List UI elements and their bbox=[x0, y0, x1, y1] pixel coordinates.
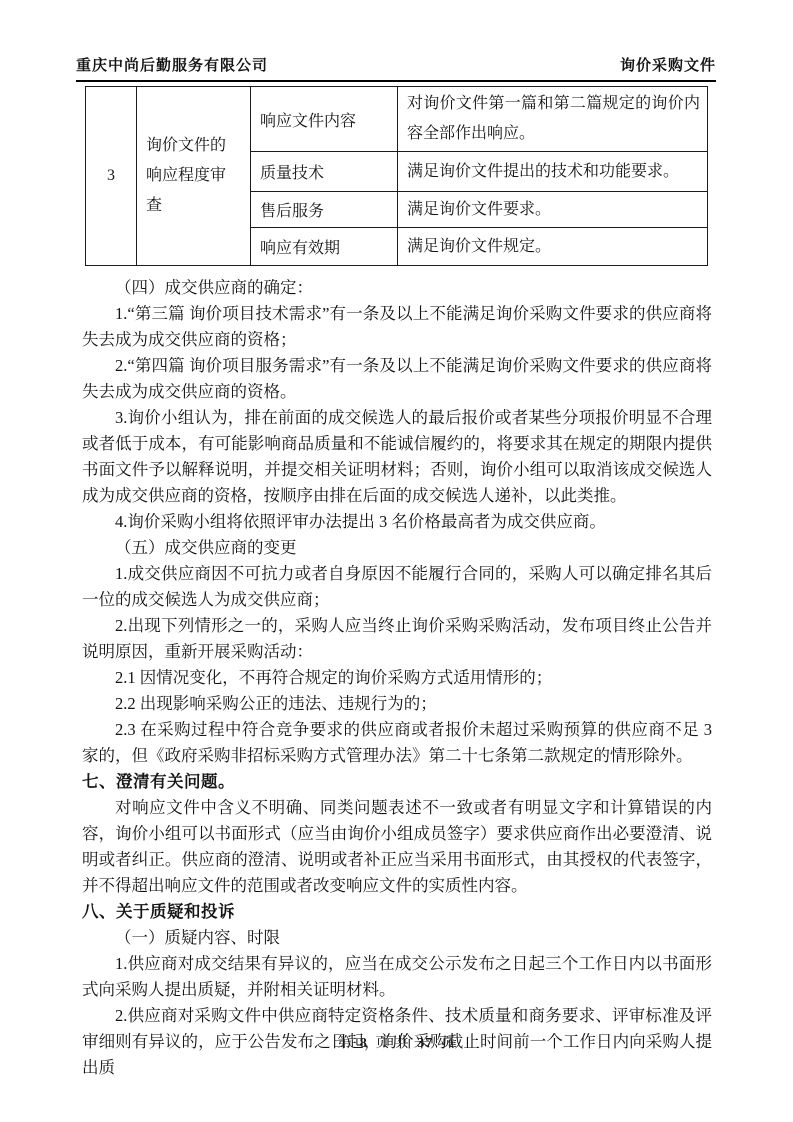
footer-label-suffix: 页 bbox=[441, 1036, 456, 1051]
section-heading-8: 八、关于质疑和投诉 bbox=[82, 899, 712, 925]
table-cell-requirement-1: 对询价文件第一篇和第二篇规定的询价内容全部作出响应。 bbox=[398, 87, 708, 152]
header-company-name: 重庆中尚后勤服务有限公司 bbox=[76, 54, 268, 75]
paragraph-section4-item1: 1.“第三篇 询价项目技术需求”有一条及以上不能满足询价采购文件要求的供应商将失… bbox=[82, 301, 712, 353]
table-cell-requirement-4: 满足询价文件规定。 bbox=[398, 228, 708, 266]
paragraph-section4-item4: 4.询价采购小组将依照评审办法提出 3 名价格最高者为成交供应商。 bbox=[82, 509, 712, 535]
document-body: （四）成交供应商的确定： 1.“第三篇 询价项目技术需求”有一条及以上不能满足询… bbox=[82, 275, 712, 1081]
paragraph-section7-body: 对响应文件中含义不明确、同类问题表述不一致或者有明显文字和计算错误的内容，询价小… bbox=[82, 795, 712, 899]
paragraph-section5-item2-3: 2.3 在采购过程中符合竞争要求的供应商或者报价未超过采购预算的供应商不足 3 … bbox=[82, 717, 712, 769]
paragraph-section4-item3: 3.询价小组认为，排在前面的成交候选人的最后报价或者某些分项报价明显不合理或者低… bbox=[82, 405, 712, 509]
table-cell-review-category: 询价文件的响应程度审查 bbox=[137, 87, 251, 266]
table-cell-item-4: 响应有效期 bbox=[251, 228, 398, 266]
footer-total-pages: 37 bbox=[417, 1036, 433, 1051]
table-cell-requirement-2: 满足询价文件提出的技术和功能要求。 bbox=[398, 152, 708, 192]
section-heading-7: 七、澄清有关问题。 bbox=[82, 769, 712, 795]
paragraph-section5-item1: 1.成交供应商因不可抗力或者自身原因不能履行合同的，采购人可以确定排名其后一位的… bbox=[82, 561, 712, 613]
table-cell-item-1: 响应文件内容 bbox=[251, 87, 398, 152]
page-header: 重庆中尚后勤服务有限公司 询价采购文件 bbox=[76, 54, 716, 82]
footer-page-number: 8 bbox=[360, 1036, 368, 1051]
table-cell-item-3: 售后服务 bbox=[251, 192, 398, 228]
table-cell-requirement-3: 满足询价文件要求。 bbox=[398, 192, 708, 228]
paragraph-section8-item1: 1.供应商对成交结果有异议的，应当在成交公示发布之日起三个工作日内以书面形式向采… bbox=[82, 951, 712, 1003]
table-cell-item-2: 质量技术 bbox=[251, 152, 398, 192]
paragraph-section5-title: （五）成交供应商的变更 bbox=[82, 535, 712, 561]
paragraph-section5-item2-1: 2.1 因情况变化，不再符合规定的询价采购方式适用情形的； bbox=[82, 665, 712, 691]
review-criteria-table: 3 询价文件的响应程度审查 响应文件内容 对询价文件第一篇和第二篇规定的询价内容… bbox=[85, 86, 708, 266]
paragraph-section4-item2: 2.“第四篇 询价项目服务需求”有一条及以上不能满足询价采购文件要求的供应商将失… bbox=[82, 353, 712, 405]
footer-label-prefix: 第 bbox=[337, 1036, 352, 1051]
paragraph-section8-sub1-title: （一）质疑内容、时限 bbox=[82, 925, 712, 951]
header-doc-type: 询价采购文件 bbox=[620, 54, 716, 75]
footer-label-middle: 页 共 bbox=[375, 1036, 410, 1051]
paragraph-section5-item2-2: 2.2 出现影响采购公正的违法、违规行为的； bbox=[82, 691, 712, 717]
document-page: 重庆中尚后勤服务有限公司 询价采购文件 3 询价文件的响应程度审查 响应文件内容… bbox=[0, 0, 793, 1122]
table-cell-seq-number: 3 bbox=[86, 87, 137, 266]
paragraph-section5-item2: 2.出现下列情形之一的，采购人应当终止询价采购采购活动，发布项目终止公告并说明原… bbox=[82, 613, 712, 665]
paragraph-section4-title: （四）成交供应商的确定： bbox=[82, 275, 712, 301]
page-footer: 第 8 页 共 37 页 bbox=[0, 1032, 793, 1052]
